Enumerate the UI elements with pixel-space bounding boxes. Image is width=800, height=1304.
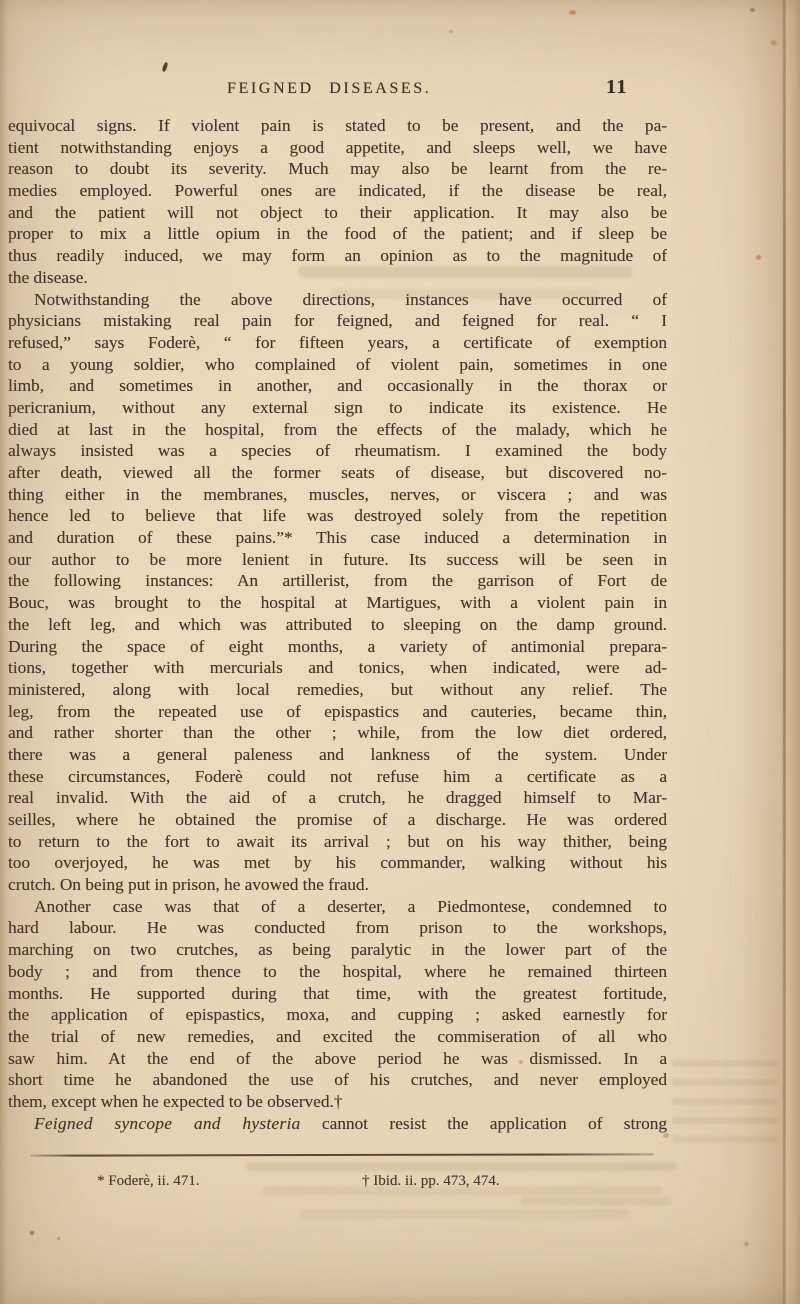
text-line: too overjoyed, he was met by his command… (8, 852, 667, 874)
text-line: physicians mistaking real pain for feign… (8, 310, 667, 332)
text-line: and rather shorter than the other ; whil… (8, 722, 667, 744)
foxing-spot (569, 10, 576, 15)
text-line: died at last in the hospital, from the e… (8, 419, 667, 441)
text-line: short time he abandoned the use of his c… (8, 1069, 667, 1091)
show-through-smudge (300, 1209, 630, 1218)
text-line: and duration of these pains.”* This case… (8, 527, 667, 549)
text-line: During the space of eight months, a vari… (8, 636, 667, 658)
footnote-rule (30, 1153, 654, 1156)
foxing-spot (449, 30, 453, 33)
show-through-smudge (520, 1197, 672, 1206)
text-line: pericranium, without any external sign t… (8, 397, 667, 419)
paragraph: Another case was that of a deserter, a P… (8, 896, 667, 1113)
text-line: and the patient will not object to their… (8, 202, 667, 224)
text-line: crutch. On being put in prison, he avowe… (8, 874, 667, 896)
scanned-book-page: FEIGNED DISEASES. 11 equivocal signs. If… (0, 0, 800, 1304)
text-line: months. He supported during that time, w… (8, 983, 667, 1005)
text-line: Notwithstanding the above directions, in… (8, 289, 667, 311)
text-line: reason to doubt its severity. Much may a… (8, 158, 667, 180)
text-line: the trial of new remedies, and excited t… (8, 1026, 667, 1048)
text-line: proper to mix a little opium in the food… (8, 223, 667, 245)
text-line: limb, and sometimes in another, and occa… (8, 375, 667, 397)
foxing-spot (30, 1231, 34, 1235)
page-number: 11 (606, 76, 628, 99)
text-line: the application of epispastics, moxa, an… (8, 1004, 667, 1026)
page-edge-margin (786, 0, 800, 1304)
text-line: our author to be more lenient in future.… (8, 549, 667, 571)
paragraph: equivocal signs. If violent pain is stat… (8, 115, 667, 289)
page-edge-shadow (742, 0, 784, 1304)
ink-speck (162, 62, 169, 73)
show-through-smudge (246, 1162, 676, 1171)
text-line: hard labour. He was conducted from priso… (8, 917, 667, 939)
text-line: Another case was that of a deserter, a P… (8, 896, 667, 918)
text-line: there was a general paleness and lanknes… (8, 744, 667, 766)
footnote-fodere: * Foderè, ii. 471. (97, 1173, 200, 1190)
text-line: thus readily induced, we may form an opi… (8, 245, 667, 267)
text-line: them, except when he expected to be obse… (8, 1091, 667, 1113)
text-line: saw him. At the end of the above period … (8, 1048, 667, 1070)
paragraph: Feigned syncope and hysteria cannot resi… (8, 1113, 667, 1135)
text-line: tient notwithstanding enjoys a good appe… (8, 137, 667, 159)
text-line: Feigned syncope and hysteria cannot resi… (8, 1113, 667, 1135)
text-line: body ; and from thence to the hospital, … (8, 961, 667, 983)
text-line: hence led to believe that life was destr… (8, 505, 667, 527)
text-line: equivocal signs. If violent pain is stat… (8, 115, 667, 137)
italic-lead: Feigned syncope and hysteria (34, 1114, 301, 1133)
text-line: always insisted was a species of rheumat… (8, 440, 667, 462)
text-line: medies employed. Powerful ones are indic… (8, 180, 667, 202)
text-line: the disease. (8, 267, 667, 289)
text-line: to return to the fort to await its arriv… (8, 831, 667, 853)
text-line: marching on two crutches, as being paral… (8, 939, 667, 961)
text-line: thing either in the membranes, muscles, … (8, 484, 667, 506)
foxing-spot (57, 1237, 60, 1240)
text-line: the left leg, and which was attributed t… (8, 614, 667, 636)
text-line: leg, from the repeated use of epispastic… (8, 701, 667, 723)
text-line: after death, viewed all the former seats… (8, 462, 667, 484)
text-line: refused,” says Foderè, “ for fifteen yea… (8, 332, 667, 354)
text-line: the following instances: An artillerist,… (8, 570, 667, 592)
text-line: real invalid. With the aid of a crutch, … (8, 787, 667, 809)
text-line: tions, together with mercurials and toni… (8, 657, 667, 679)
running-header-title: FEIGNED DISEASES. (227, 80, 431, 98)
footnote-ibid: † Ibid. ii. pp. 473, 474. (362, 1173, 500, 1190)
text-line: Bouc, was brought to the hospital at Mar… (8, 592, 667, 614)
paragraph: Notwithstanding the above directions, in… (8, 289, 667, 896)
text-line: to a young soldier, who complained of vi… (8, 354, 667, 376)
text-line: ministered, along with local remedies, b… (8, 679, 667, 701)
page-left-edge (0, 0, 7, 1304)
text-line: these circumstances, Foderè could not re… (8, 766, 667, 788)
text-line: seilles, where he obtained the promise o… (8, 809, 667, 831)
body-text: equivocal signs. If violent pain is stat… (8, 115, 667, 1134)
